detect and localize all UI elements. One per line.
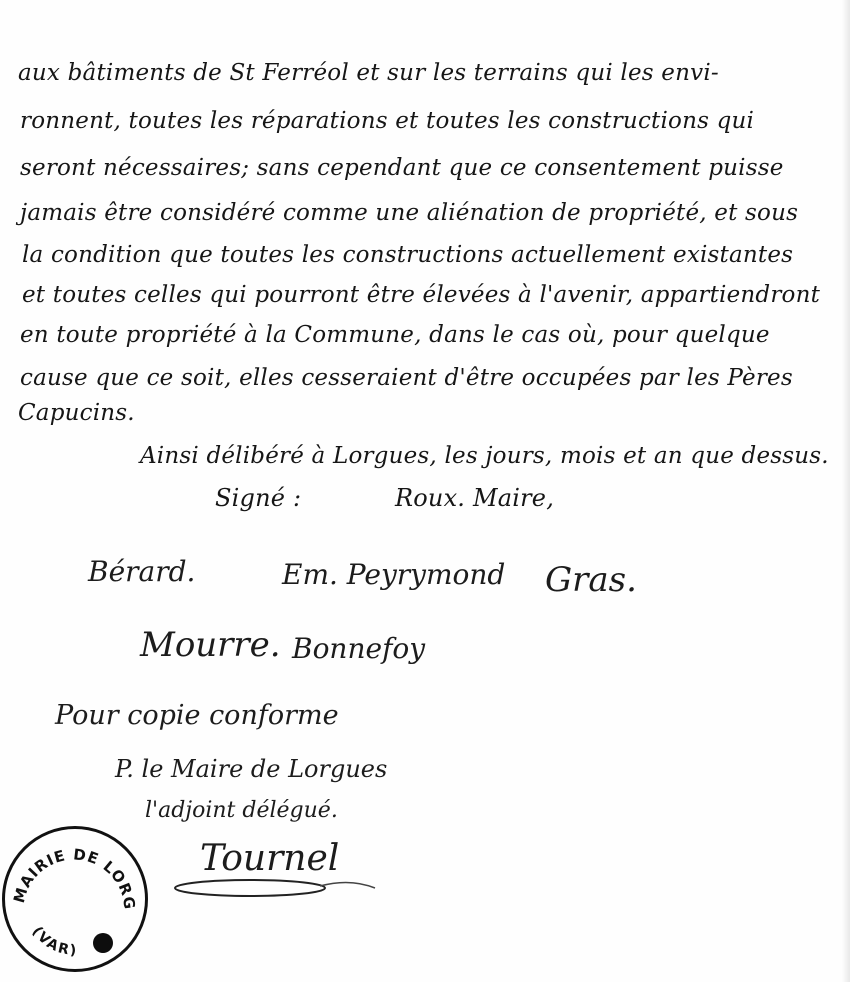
signature-mourre: Mourre. [140, 625, 281, 665]
body-line-5: la condition que toutes les construction… [22, 242, 793, 268]
body-line-1: aux bâtiments de St Ferréol et sur les t… [18, 60, 719, 86]
stamp-bottom-text: (VAR) [29, 924, 79, 959]
signed-label: Signé : [215, 484, 301, 512]
document-page: aux bâtiments de St Ferréol et sur les t… [0, 0, 850, 982]
mairie-stamp: MAIRIE DE LORGUES (VAR) [2, 826, 148, 972]
signature-gras: Gras. [545, 560, 637, 600]
stamp-text-ring: MAIRIE DE LORGUES (VAR) [2, 826, 142, 966]
body-line-6: et toutes celles qui pourront être élevé… [22, 282, 820, 308]
closing-line: Ainsi délibéré à Lorgues, les jours, moi… [140, 443, 829, 469]
signature-bonnefoy: Bonnefoy [292, 632, 425, 665]
stamp-top-text: MAIRIE DE LORGUES [2, 826, 139, 911]
body-line-9: Capucins. [18, 400, 135, 426]
body-line-3: seront nécessaires; sans cependant que c… [20, 155, 784, 181]
stamp-ink-dot [93, 933, 113, 953]
signature-peyrymond: Em. Peyrymond [282, 558, 505, 591]
svg-text:MAIRIE DE LORGUES: MAIRIE DE LORGUES [2, 826, 139, 911]
signature-flourish [170, 868, 380, 908]
body-line-8: cause que ce soit, elles cesseraient d'ê… [20, 365, 793, 391]
body-line-2: ronnent, toutes les réparations et toute… [20, 108, 754, 134]
certification-line-2: P. le Maire de Lorgues [115, 755, 387, 783]
certification-line-1: Pour copie conforme [55, 700, 339, 731]
body-line-4: jamais être considéré comme une aliénati… [20, 200, 798, 226]
svg-text:(VAR): (VAR) [29, 924, 79, 959]
mayor-signature: Roux. Maire, [395, 484, 554, 512]
certification-line-3: l'adjoint délégué. [145, 798, 338, 823]
body-line-7: en toute propriété à la Commune, dans le… [20, 322, 770, 348]
page-edge-shadow [842, 0, 850, 982]
signature-berard: Bérard. [88, 555, 195, 588]
